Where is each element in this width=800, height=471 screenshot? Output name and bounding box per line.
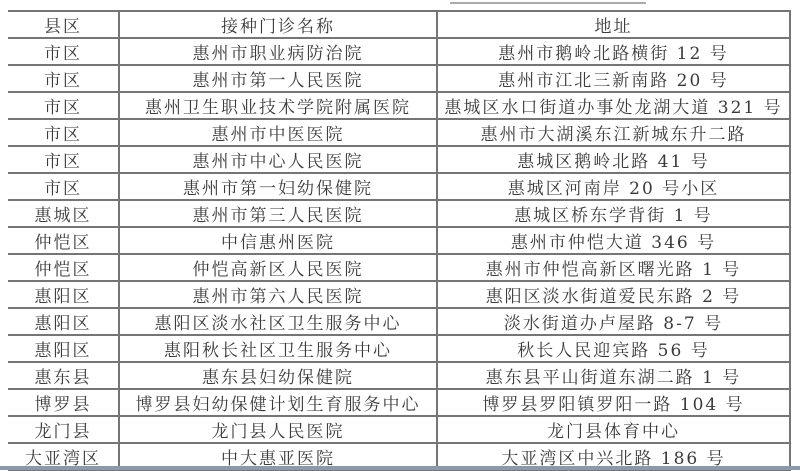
cell-clinic-name: 惠州市中医医院 (119, 119, 437, 146)
table-row: 仲恺区 仲恺高新区人民医院 惠州市仲恺高新区曙光路 1 号 (8, 254, 790, 281)
cell-address: 惠阳区淡水街道爱民东路 2 号 (437, 281, 790, 308)
cell-address: 龙门县体育中心 (437, 416, 790, 443)
cell-district: 市区 (8, 146, 119, 173)
cell-district: 市区 (8, 119, 119, 146)
column-header-address: 地址 (437, 11, 790, 38)
table-row: 市区 惠州市职业病防治院 惠州市鹅岭北路横街 12 号 (8, 38, 790, 65)
cell-clinic-name: 惠州市中心人民医院 (119, 146, 437, 173)
cell-clinic-name: 龙门县人民医院 (119, 416, 437, 443)
table-row: 龙门县 龙门县人民医院 龙门县体育中心 (8, 416, 790, 443)
cell-address: 惠州市大湖溪东江新城东升二路 (437, 119, 790, 146)
cell-clinic-name: 惠州市第六人民医院 (119, 281, 437, 308)
vaccination-clinic-table: 县区 接种门诊名称 地址 市区 惠州市职业病防治院 惠州市鹅岭北路横街 12 号… (8, 10, 791, 471)
cell-district: 市区 (8, 65, 119, 92)
cell-district: 龙门县 (8, 416, 119, 443)
table-row: 市区 惠州市第一妇幼保健院 惠城区河南岸 20 号小区 (8, 173, 790, 200)
table-body: 市区 惠州市职业病防治院 惠州市鹅岭北路横街 12 号 市区 惠州市第一人民医院… (8, 38, 790, 470)
cell-clinic-name: 惠州市职业病防治院 (119, 38, 437, 65)
cell-clinic-name: 博罗县妇幼保健计划生育服务中心 (119, 389, 437, 416)
cell-address: 惠城区桥东学背街 1 号 (437, 200, 790, 227)
vaccination-clinic-table-container: 县区 接种门诊名称 地址 市区 惠州市职业病防治院 惠州市鹅岭北路横街 12 号… (8, 10, 790, 471)
table-row: 市区 惠州市中心人民医院 惠城区鹅岭北路 41 号 (8, 146, 790, 173)
cell-clinic-name: 惠州市第三人民医院 (119, 200, 437, 227)
table-row: 惠东县 惠东县妇幼保健院 惠东县平山街道东湖二路 1 号 (8, 362, 790, 389)
cell-address: 惠东县平山街道东湖二路 1 号 (437, 362, 790, 389)
cell-clinic-name: 惠阳区淡水社区卫生服务中心 (119, 308, 437, 335)
bottom-edge-strip (0, 466, 800, 470)
cell-clinic-name: 惠州市第一妇幼保健院 (119, 173, 437, 200)
cell-district: 市区 (8, 38, 119, 65)
table-row: 博罗县 博罗县妇幼保健计划生育服务中心 博罗县罗阳镇罗阳一路 104 号 (8, 389, 790, 416)
cell-address: 惠城区河南岸 20 号小区 (437, 173, 790, 200)
cell-district: 惠阳区 (8, 281, 119, 308)
cell-district: 惠东县 (8, 362, 119, 389)
cell-address: 惠州市鹅岭北路横街 12 号 (437, 38, 790, 65)
cell-address: 淡水街道办卢屋路 8-7 号 (437, 308, 790, 335)
cell-address: 惠州市仲恺大道 346 号 (437, 227, 790, 254)
cell-address: 惠州市仲恺高新区曙光路 1 号 (437, 254, 790, 281)
cell-district: 惠阳区 (8, 335, 119, 362)
cell-clinic-name: 惠州卫生职业技术学院附属医院 (119, 92, 437, 119)
cell-address: 惠城区水口街道办事处龙湖大道 321 号 (437, 92, 790, 119)
table-row: 市区 惠州市中医医院 惠州市大湖溪东江新城东升二路 (8, 119, 790, 146)
cell-district: 博罗县 (8, 389, 119, 416)
cell-clinic-name: 仲恺高新区人民医院 (119, 254, 437, 281)
table-row: 市区 惠州市第一人民医院 惠州市江北三新南路 20 号 (8, 65, 790, 92)
cell-address: 秋长人民迎宾路 56 号 (437, 335, 790, 362)
table-row: 惠阳区 惠阳秋长社区卫生服务中心 秋长人民迎宾路 56 号 (8, 335, 790, 362)
cell-district: 仲恺区 (8, 254, 119, 281)
cell-district: 市区 (8, 173, 119, 200)
table-row: 惠阳区 惠州市第六人民医院 惠阳区淡水街道爱民东路 2 号 (8, 281, 790, 308)
cell-address: 惠州市江北三新南路 20 号 (437, 65, 790, 92)
cell-district: 仲恺区 (8, 227, 119, 254)
cell-address: 惠城区鹅岭北路 41 号 (437, 146, 790, 173)
header-row: 县区 接种门诊名称 地址 (8, 11, 790, 38)
cell-district: 惠城区 (8, 200, 119, 227)
table-row: 惠城区 惠州市第三人民医院 惠城区桥东学背街 1 号 (8, 200, 790, 227)
cell-clinic-name: 中信惠州医院 (119, 227, 437, 254)
column-header-clinic-name: 接种门诊名称 (119, 11, 437, 38)
table-row: 仲恺区 中信惠州医院 惠州市仲恺大道 346 号 (8, 227, 790, 254)
cell-clinic-name: 惠阳秋长社区卫生服务中心 (119, 335, 437, 362)
cell-clinic-name: 惠州市第一人民医院 (119, 65, 437, 92)
cell-clinic-name: 惠东县妇幼保健院 (119, 362, 437, 389)
table-row: 惠阳区 惠阳区淡水社区卫生服务中心 淡水街道办卢屋路 8-7 号 (8, 308, 790, 335)
cell-address: 博罗县罗阳镇罗阳一路 104 号 (437, 389, 790, 416)
cell-district: 市区 (8, 92, 119, 119)
cell-district: 惠阳区 (8, 308, 119, 335)
column-header-district: 县区 (8, 11, 119, 38)
table-row: 市区 惠州卫生职业技术学院附属医院 惠城区水口街道办事处龙湖大道 321 号 (8, 92, 790, 119)
scan-artifact-line (450, 2, 646, 4)
